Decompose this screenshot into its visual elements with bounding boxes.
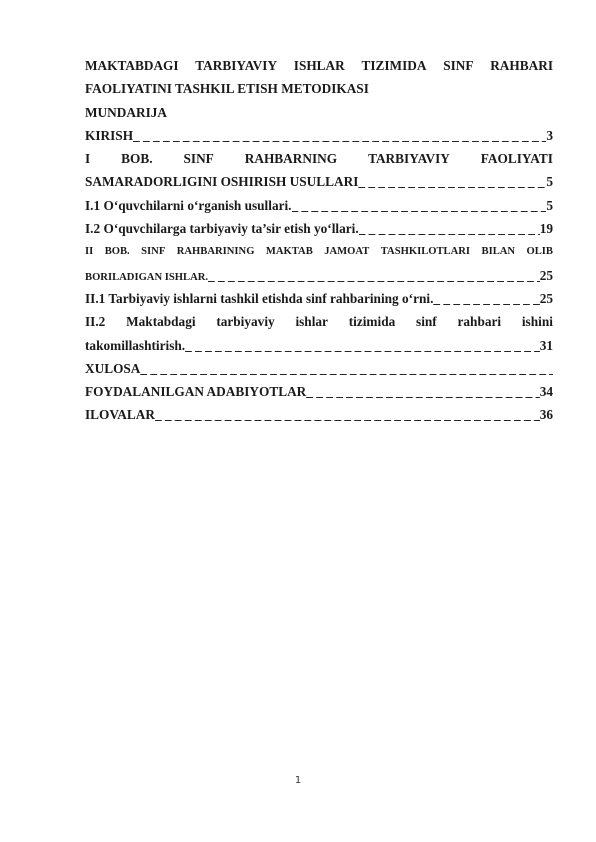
toc-title: KIRISH bbox=[85, 124, 133, 147]
toc-page-number: 19 bbox=[540, 217, 553, 240]
toc-leader bbox=[155, 403, 540, 426]
toc-entry-section-1-2[interactable]: I.2 O‘quvchilarga tarbiyaviy ta’sir etis… bbox=[85, 217, 553, 240]
toc-title: XULOSA bbox=[85, 357, 140, 380]
toc-title: takomillashtirish. bbox=[85, 334, 185, 357]
justified-word: BOB. bbox=[105, 240, 130, 263]
justified-word: ishini bbox=[522, 310, 553, 333]
toc-entry-references[interactable]: FOYDALANILGAN ADABIYOTLAR 34 bbox=[85, 380, 553, 403]
toc-leader bbox=[358, 170, 546, 193]
page-number: 1 bbox=[0, 775, 596, 786]
toc-entry-chapter2[interactable]: BORILADIGAN ISHLAR. 25 bbox=[85, 264, 553, 287]
justified-word: MAKTABDAGI bbox=[85, 54, 179, 77]
justified-word: TARBIYAVIY bbox=[195, 54, 277, 77]
justified-word: SINF bbox=[443, 54, 473, 77]
toc-entry-kirish[interactable]: KIRISH 3 bbox=[85, 124, 553, 147]
toc-entry-appendices[interactable]: ILOVALAR 36 bbox=[85, 403, 553, 426]
justified-word: TIZIMIDA bbox=[361, 54, 426, 77]
toc-page-number: 36 bbox=[540, 403, 553, 426]
justified-word: II bbox=[85, 240, 93, 263]
justified-word: RAHBARINING bbox=[177, 240, 255, 263]
toc-page-number: 3 bbox=[546, 124, 553, 147]
justified-word: OLIB bbox=[527, 240, 554, 263]
justified-word: MAKTAB bbox=[266, 240, 313, 263]
toc-entry-xulosa[interactable]: XULOSA bbox=[85, 357, 553, 380]
toc-leader bbox=[208, 264, 540, 287]
document-content: MAKTABDAGITARBIYAVIYISHLARTIZIMIDASINFRA… bbox=[85, 54, 553, 427]
toc-page-number: 25 bbox=[540, 287, 553, 310]
justified-word: ishlar bbox=[295, 310, 328, 333]
toc-page-number: 5 bbox=[546, 194, 553, 217]
justified-word: tarbiyaviy bbox=[216, 310, 274, 333]
toc-entry-chapter1[interactable]: SAMARADORLIGINI OSHIRISH USULLARI 5 bbox=[85, 170, 553, 193]
toc-entry-section-2-2[interactable]: takomillashtirish. 31 bbox=[85, 334, 553, 357]
toc-leader bbox=[359, 217, 540, 240]
justified-word: TASHKILOTLARI bbox=[381, 240, 470, 263]
justified-word: FAOLIYATI bbox=[481, 147, 553, 170]
document-title-line2: FAOLIYATINI TASHKIL ETISH METODIKASI bbox=[85, 77, 553, 100]
toc-page-number: 5 bbox=[546, 170, 553, 193]
justified-word: I bbox=[85, 147, 90, 170]
toc-title: ILOVALAR bbox=[85, 403, 155, 426]
document-title-line1: MAKTABDAGITARBIYAVIYISHLARTIZIMIDASINFRA… bbox=[85, 54, 553, 77]
toc-title: I.2 O‘quvchilarga tarbiyaviy ta’sir etis… bbox=[85, 217, 359, 240]
toc-title: FOYDALANILGAN ADABIYOTLAR bbox=[85, 380, 306, 403]
toc-leader bbox=[140, 357, 553, 380]
justified-word: RAHBARNING bbox=[245, 147, 337, 170]
justified-word: SINF bbox=[184, 147, 214, 170]
justified-word: sinf bbox=[416, 310, 437, 333]
contents-heading: MUNDARIJA bbox=[85, 101, 553, 124]
toc-title: SAMARADORLIGINI OSHIRISH USULLARI bbox=[85, 170, 358, 193]
toc-page-number: 31 bbox=[540, 334, 553, 357]
toc-page-number: 25 bbox=[540, 264, 553, 287]
justified-word: ISHLAR bbox=[294, 54, 345, 77]
toc-leader bbox=[185, 334, 540, 357]
toc-title: BORILADIGAN ISHLAR. bbox=[85, 266, 208, 289]
toc-entry-section-2-2-line1[interactable]: II.2Maktabdagitarbiyaviyishlartizimidasi… bbox=[85, 310, 553, 333]
toc-page-number: 34 bbox=[540, 380, 553, 403]
toc-entry-chapter2-line1[interactable]: IIBOB.SINFRAHBARININGMAKTABJAMOATTASHKIL… bbox=[85, 240, 553, 263]
toc-leader bbox=[292, 194, 547, 217]
justified-word: RAHBARI bbox=[490, 54, 553, 77]
toc-leader bbox=[133, 124, 546, 147]
justified-word: tizimida bbox=[349, 310, 396, 333]
toc-entry-chapter1-line1[interactable]: IBOB.SINFRAHBARNINGTARBIYAVIYFAOLIYATI bbox=[85, 147, 553, 170]
justified-word: BILAN bbox=[482, 240, 516, 263]
document-page: MAKTABDAGITARBIYAVIYISHLARTIZIMIDASINFRA… bbox=[0, 0, 596, 842]
justified-word: SINF bbox=[141, 240, 165, 263]
toc-entry-section-2-1[interactable]: II.1 Tarbiyaviy ishlarni tashkil etishda… bbox=[85, 287, 553, 310]
toc-entry-section-1-1[interactable]: I.1 O‘quvchilarni o‘rganish usullari. 5 bbox=[85, 194, 553, 217]
justified-word: II.2 bbox=[85, 310, 105, 333]
toc-leader bbox=[306, 380, 539, 403]
justified-word: TARBIYAVIY bbox=[368, 147, 450, 170]
toc-leader bbox=[433, 287, 539, 310]
toc-title: I.1 O‘quvchilarni o‘rganish usullari. bbox=[85, 194, 292, 217]
justified-word: BOB. bbox=[121, 147, 152, 170]
justified-word: JAMOAT bbox=[324, 240, 369, 263]
justified-word: rahbari bbox=[458, 310, 502, 333]
justified-word: Maktabdagi bbox=[126, 310, 195, 333]
toc-title: II.1 Tarbiyaviy ishlarni tashkil etishda… bbox=[85, 287, 433, 310]
